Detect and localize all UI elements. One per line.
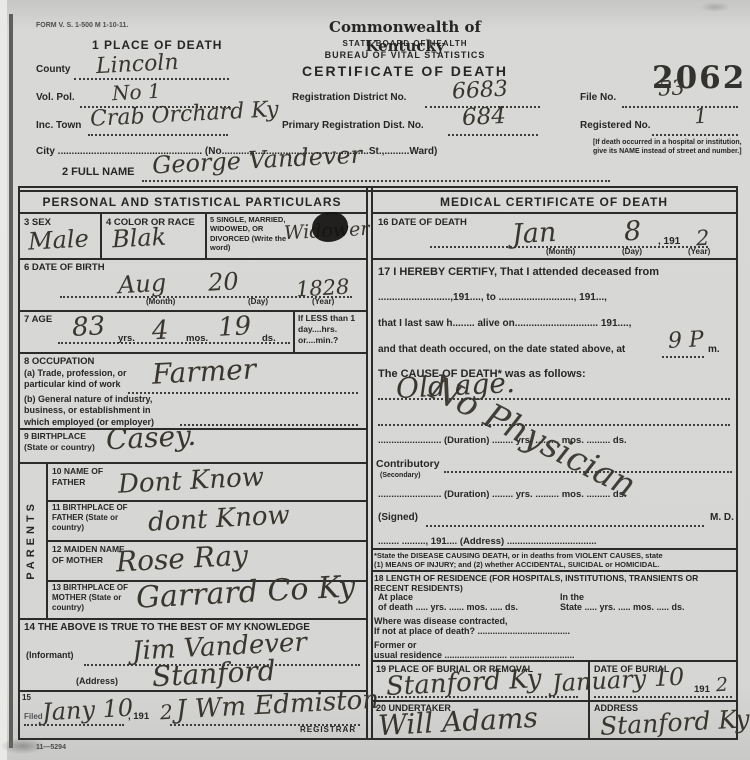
secondary-label: (Secondary) xyxy=(380,472,420,481)
state-board-line: STATE BOARD OF HEALTH xyxy=(300,39,510,49)
primary-registration-line xyxy=(448,132,538,136)
frame-right xyxy=(736,186,738,740)
dob-month-sublabel: (Month) xyxy=(146,297,175,307)
rule-l-6 xyxy=(18,462,366,464)
informant-address-value: Stanford xyxy=(151,657,276,691)
age-months: 4 xyxy=(151,318,169,345)
at-place-line2: of death ..... yrs. ...... mos. ..... ds… xyxy=(378,602,518,613)
inc-town-line xyxy=(88,132,228,136)
date-of-death-label: 16 DATE OF DEATH xyxy=(378,217,467,229)
inc-town-label: Inc. Town xyxy=(36,120,81,133)
birthplace-label: 9 BIRTHPLACE (State or country) xyxy=(24,431,109,452)
dob-day-sublabel: (Day) xyxy=(248,297,268,307)
age-yrs-label: yrs. xyxy=(118,333,135,345)
rule-r-1 xyxy=(372,212,736,214)
burial-date-line xyxy=(594,694,732,698)
informant-address-label: (Address) xyxy=(76,676,118,687)
registered-no-value: 1 xyxy=(693,106,707,128)
plate-number: 11—5294 xyxy=(36,744,66,753)
parents-strip: PARENTS xyxy=(18,462,46,618)
father-birthplace-value: dont Know xyxy=(147,502,290,535)
signed-label: (Signed) xyxy=(378,512,418,525)
contracted-line2: If not at place of death? ..............… xyxy=(374,626,570,637)
registered-no-label: Registered No. xyxy=(580,120,651,133)
age-days: 19 xyxy=(217,313,251,341)
county-value: Lincoln xyxy=(95,52,179,78)
file-stamp-number: 2062 xyxy=(652,60,746,96)
scan-left-margin xyxy=(0,0,7,760)
father-birthplace-label: 11 BIRTHPLACE OF FATHER (State or countr… xyxy=(52,503,137,533)
dob-year-sublabel: (Year) xyxy=(312,297,334,307)
dod-month-sublabel: (Month) xyxy=(546,247,575,257)
primary-registration-value: 684 xyxy=(461,105,506,130)
death-time-value: 9 P xyxy=(667,329,704,353)
medical-section-title: MEDICAL CERTIFICATE OF DEATH xyxy=(372,195,736,210)
mother-birthplace-label: 13 BIRTHPLACE OF MOTHER (State or countr… xyxy=(52,583,137,613)
dod-year-printed: , 191 xyxy=(658,236,680,249)
age-note: If LESS than 1 day....hrs. or....min.? xyxy=(298,313,364,346)
signed-line xyxy=(426,523,704,527)
file-no-label: File No. xyxy=(580,92,616,105)
parents-label: PARENTS xyxy=(25,500,39,580)
contributory-label: Contributory xyxy=(376,458,440,471)
certify-line1: 17 I HEREBY CERTIFY, That I attended dec… xyxy=(378,266,659,280)
rule-l-3 xyxy=(18,310,366,312)
registrar-label: REGISTRAR xyxy=(300,725,356,735)
scan-edge-line xyxy=(9,14,13,748)
rule-l-7 xyxy=(46,500,366,502)
scan-smudge-top-right xyxy=(700,2,730,12)
bureau-line: BUREAU OF VITAL STATISTICS xyxy=(300,50,510,61)
cell-line-sex xyxy=(100,213,102,258)
registrar-signature: J Wm Edmiston xyxy=(175,687,379,724)
rule-r-4 xyxy=(372,570,736,572)
dob-day: 20 xyxy=(207,269,239,295)
filed-year-printed: , 191 xyxy=(128,711,149,723)
certify-line3: that I last saw h........ alive on......… xyxy=(378,318,631,331)
dod-day-sublabel: (Day) xyxy=(622,247,642,257)
rule-top-1 xyxy=(18,186,738,188)
certify-line4: and that death occured, on the date stat… xyxy=(378,344,625,357)
occupation-a-label: (a) Trade, profession, or particular kin… xyxy=(24,368,149,391)
duration-line2: ........................ (Duration) ....… xyxy=(378,489,627,501)
in-state-line2: State ..... yrs. ..... mos. ..... ds. xyxy=(560,602,685,613)
filed-year-suffix: 2 xyxy=(159,702,173,723)
filed-label: Filed xyxy=(24,712,43,722)
occupation-label: 8 OCCUPATION xyxy=(24,356,94,368)
age-mos-label: mos. xyxy=(186,333,208,345)
undertaker-value: Will Adams xyxy=(377,704,538,740)
file-no-line xyxy=(622,104,738,108)
county-label: County xyxy=(36,64,70,77)
father-name-label: 10 NAME OF FATHER xyxy=(52,466,122,487)
certify-line2: ..........................,191...., to .… xyxy=(378,292,607,305)
signed-date-line: ........ ........., 191.... (Address) ..… xyxy=(378,536,597,548)
full-name-line xyxy=(142,178,610,182)
informant-label: (Informant) xyxy=(26,650,74,661)
full-name-label: 2 FULL NAME xyxy=(62,166,135,180)
form-code: FORM V. S. 1-500 M 1-10-11. xyxy=(36,22,128,31)
dod-year-sublabel: (Year) xyxy=(688,247,710,257)
dob-month: Aug xyxy=(117,271,166,297)
hospital-note: [If death occurred in a hospital or inst… xyxy=(593,138,743,156)
registration-district-value: 6683 xyxy=(451,79,508,104)
age-ds-label: ds. xyxy=(262,333,276,345)
certify-line4-end: m. xyxy=(708,344,720,357)
filed-line xyxy=(24,722,124,726)
age-label: 7 AGE xyxy=(24,314,52,326)
residence-heading: 18 LENGTH OF RESIDENCE (FOR HOSPITALS, I… xyxy=(374,573,732,593)
death-time-line xyxy=(662,354,704,358)
dob-label: 6 DATE OF BIRTH xyxy=(24,262,105,274)
rule-l-4 xyxy=(18,352,366,354)
rule-r-6 xyxy=(372,700,736,702)
rule-l-2 xyxy=(18,258,366,260)
dod-month: Jan xyxy=(511,219,557,248)
rule-l-10 xyxy=(18,618,366,620)
burial-place-line xyxy=(378,694,578,698)
vol-label: Vol. Pol. xyxy=(36,92,75,105)
burial-date-value: January 10 xyxy=(551,665,684,696)
cell-line-race xyxy=(205,213,207,258)
rule-l-1 xyxy=(18,212,366,214)
mother-name-value: Rose Ray xyxy=(115,542,248,577)
rule-r-3 xyxy=(372,548,736,550)
race-value: Blak xyxy=(111,225,166,252)
age-years: 83 xyxy=(71,313,105,341)
primary-registration-label: Primary Registration Dist. No. xyxy=(282,120,424,133)
md-label: M. D. xyxy=(710,512,734,525)
sex-value: Male xyxy=(27,226,89,253)
cell-line-age-note xyxy=(293,310,295,352)
rule-top-2 xyxy=(18,190,738,192)
mother-birthplace-value: Garrard Co Ky xyxy=(135,572,356,613)
occupation-a-value: Farmer xyxy=(151,355,256,388)
frame-mid-left xyxy=(366,186,368,740)
vol-value: No 1 xyxy=(112,81,162,104)
burial-year-suffix: 2 xyxy=(716,676,729,696)
footnote-line2: (1) MEANS OF INJURY; and (2) whether ACC… xyxy=(374,560,659,569)
personal-section-title: PERSONAL AND STATISTICAL PARTICULARS xyxy=(18,195,366,210)
registration-district-label: Registration District No. xyxy=(292,92,406,105)
dod-day: 8 xyxy=(623,218,642,246)
filed-item-no: 15 xyxy=(22,693,31,703)
undertaker-address-value: Stanford Ky xyxy=(599,706,750,739)
footnote-line1: *State the DISEASE CAUSING DEATH, or in … xyxy=(374,551,663,560)
rule-r-2 xyxy=(372,258,736,260)
filed-date-value: Jany 10 xyxy=(41,696,133,725)
registered-no-line xyxy=(652,132,738,136)
frame-mid-right xyxy=(371,186,373,740)
birthplace-value: Casey. xyxy=(105,422,196,455)
death-certificate-scan: FORM V. S. 1-500 M 1-10-11. Commonwealth… xyxy=(0,0,750,760)
occupation-b-line xyxy=(180,422,358,426)
father-name-value: Dont Know xyxy=(117,464,264,498)
